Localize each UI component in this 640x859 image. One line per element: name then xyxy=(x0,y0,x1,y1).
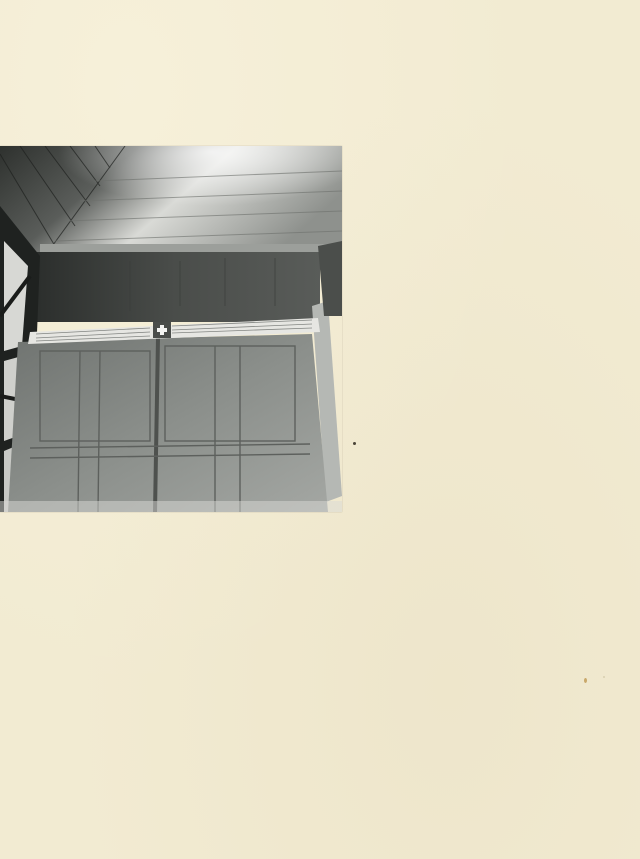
dust-speck xyxy=(584,678,587,683)
swiss-cross-icon xyxy=(153,322,171,338)
dust-speck xyxy=(603,676,605,678)
album-page xyxy=(0,0,640,859)
dust-speck xyxy=(353,442,356,445)
photo-image xyxy=(0,146,342,512)
mounted-photograph xyxy=(0,146,342,512)
